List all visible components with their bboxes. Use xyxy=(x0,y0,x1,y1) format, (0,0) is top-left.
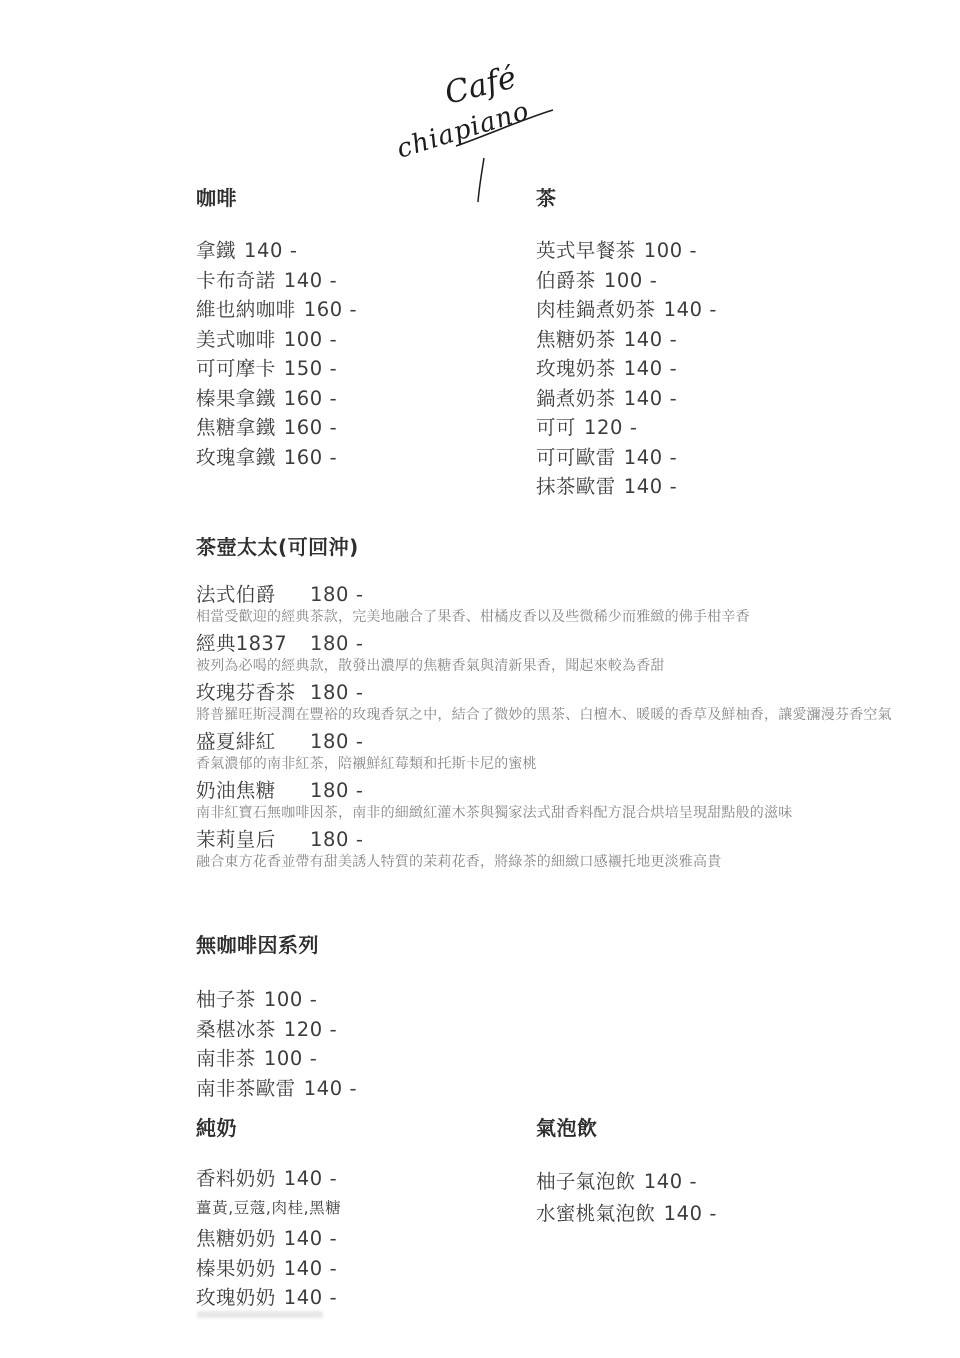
item-price: 180 - xyxy=(310,779,363,802)
list-item: 焦糖拿鐵160 - xyxy=(196,414,357,444)
item-price: 140 - xyxy=(284,1167,337,1190)
item-description: 將普羅旺斯浸潤在豐裕的玫瑰香氛之中，結合了微妙的黑茶、白檀木、暖暖的香草及鮮柚香… xyxy=(196,705,956,730)
list-item: 肉桂鍋煮奶茶140 - xyxy=(536,296,717,326)
item-name: 卡布奇諾 xyxy=(196,269,276,292)
item-name: 柚子茶 xyxy=(196,988,256,1011)
item-name: 柚子氣泡飲 xyxy=(536,1170,636,1193)
item-name: 奶油焦糖 xyxy=(196,779,296,802)
item-description: 融合東方花香並帶有甜美誘人特質的茉莉花香，將綠茶的細緻口感襯托地更淡雅高貴 xyxy=(196,852,956,877)
item-name: 肉桂鍋煮奶茶 xyxy=(536,298,655,321)
item-name: 玫瑰奶奶 xyxy=(196,1286,276,1309)
item-name: 鍋煮奶茶 xyxy=(536,387,616,410)
list-item: 奶油焦糖180 - 南非紅寶石無咖啡因茶，南非的細緻紅灌木茶與獨家法式甜香料配方… xyxy=(196,779,956,828)
list-item: 柚子氣泡飲140 - xyxy=(536,1168,717,1200)
list-item: 南非茶100 - xyxy=(196,1045,357,1075)
sparkling-list: 柚子氣泡飲140 - 水蜜桃氣泡飲140 - xyxy=(536,1168,717,1232)
item-price: 160 - xyxy=(284,387,337,410)
item-description: 香氣濃郁的南非紅茶，陪襯鮮紅莓類和托斯卡尼的蜜桃 xyxy=(196,754,956,779)
item-name: 拿鐵 xyxy=(196,239,236,262)
cropped-next-line-hint xyxy=(197,1311,323,1318)
section-decaf: 無咖啡因系列 柚子茶100 - 桑椹冰茶120 - 南非茶100 - 南非茶歐雷… xyxy=(196,933,357,1104)
item-name: 茉莉皇后 xyxy=(196,828,296,851)
item-price: 140 - xyxy=(624,387,677,410)
milk-list: 香料奶奶140 - 薑黃,豆蔻,肉桂,黑糖 焦糖奶奶140 - 榛果奶奶140 … xyxy=(196,1165,341,1314)
list-item: 英式早餐茶100 - xyxy=(536,237,717,267)
item-price: 160 - xyxy=(284,416,337,439)
item-name: 焦糖奶奶 xyxy=(196,1227,276,1250)
list-item: 香料奶奶140 - xyxy=(196,1165,341,1197)
item-name: 英式早餐茶 xyxy=(536,239,636,262)
section-title-coffee: 咖啡 xyxy=(196,186,357,211)
item-description: 被列為必喝的經典款，散發出濃厚的焦糖香氣與清新果香，聞起來較為香甜 xyxy=(196,656,956,681)
item-name: 榛果奶奶 xyxy=(196,1257,276,1280)
decaf-list: 柚子茶100 - 桑椹冰茶120 - 南非茶100 - 南非茶歐雷140 - xyxy=(196,986,357,1104)
item-name: 玫瑰芬香茶 xyxy=(196,681,296,704)
item-price: 140 - xyxy=(644,1170,697,1193)
item-price: 140 - xyxy=(624,357,677,380)
item-price: 120 - xyxy=(284,1018,337,1041)
section-title-teapot: 茶壺太太(可回沖) xyxy=(196,535,956,560)
item-price: 160 - xyxy=(284,446,337,469)
item-price: 140 - xyxy=(304,1077,357,1100)
logo-script-svg: Café chiapiano xyxy=(398,64,578,204)
coffee-list: 拿鐵140 - 卡布奇諾140 - 維也納咖啡160 - 美式咖啡100 - 可… xyxy=(196,237,357,473)
item-price: 180 - xyxy=(310,730,363,753)
list-item: 南非茶歐雷140 - xyxy=(196,1075,357,1105)
item-price: 180 - xyxy=(310,632,363,655)
list-item: 可可摩卡150 - xyxy=(196,355,357,385)
list-item: 榛果拿鐵160 - xyxy=(196,385,357,415)
item-name: 維也納咖啡 xyxy=(196,298,296,321)
list-item: 經典1837180 - 被列為必喝的經典款，散發出濃厚的焦糖香氣與清新果香，聞起… xyxy=(196,632,956,681)
list-item: 焦糖奶奶140 - xyxy=(196,1225,341,1255)
item-name: 抹茶歐雷 xyxy=(536,475,616,498)
list-item: 拿鐵140 - xyxy=(196,237,357,267)
list-item: 柚子茶100 - xyxy=(196,986,357,1016)
item-price: 180 - xyxy=(310,828,363,851)
section-coffee: 咖啡 拿鐵140 - 卡布奇諾140 - 維也納咖啡160 - 美式咖啡100 … xyxy=(196,186,357,473)
menu-page: Café chiapiano 咖啡 拿鐵140 - 卡布奇諾140 - 維也納咖… xyxy=(0,0,960,1358)
item-name: 香料奶奶 xyxy=(196,1167,276,1190)
item-name: 南非茶 xyxy=(196,1047,256,1070)
item-price: 180 - xyxy=(310,681,363,704)
list-item: 法式伯爵180 - 相當受歡迎的經典茶款，完美地融合了果香、柑橘皮香以及些微稀少… xyxy=(196,583,956,632)
list-item: 榛果奶奶140 - xyxy=(196,1255,341,1285)
tea-list: 英式早餐茶100 - 伯爵茶100 - 肉桂鍋煮奶茶140 - 焦糖奶茶140 … xyxy=(536,237,717,503)
item-price: 120 - xyxy=(584,416,637,439)
list-item: 美式咖啡100 - xyxy=(196,326,357,356)
item-name: 美式咖啡 xyxy=(196,328,276,351)
item-price: 180 - xyxy=(310,583,363,606)
item-name: 法式伯爵 xyxy=(196,583,296,606)
section-teapot: 茶壺太太(可回沖) 法式伯爵180 - 相當受歡迎的經典茶款，完美地融合了果香、… xyxy=(196,535,956,877)
item-price: 100 - xyxy=(284,328,337,351)
list-item: 水蜜桃氣泡飲140 - xyxy=(536,1200,717,1232)
item-price: 140 - xyxy=(244,239,297,262)
item-name: 榛果拿鐵 xyxy=(196,387,276,410)
section-title-sparkling: 氣泡飲 xyxy=(536,1116,717,1141)
item-name: 玫瑰拿鐵 xyxy=(196,446,276,469)
list-item: 可可120 - xyxy=(536,414,717,444)
item-price: 100 - xyxy=(264,1047,317,1070)
item-name: 可可 xyxy=(536,416,576,439)
cafe-logo: Café chiapiano xyxy=(398,64,578,204)
section-title-tea: 茶 xyxy=(536,186,717,211)
item-price: 160 - xyxy=(304,298,357,321)
item-name: 盛夏緋紅 xyxy=(196,730,296,753)
item-price: 140 - xyxy=(284,1286,337,1309)
list-item: 玫瑰拿鐵160 - xyxy=(196,444,357,474)
item-price: 100 - xyxy=(644,239,697,262)
item-name: 可可歐雷 xyxy=(536,446,616,469)
item-description: 相當受歡迎的經典茶款，完美地融合了果香、柑橘皮香以及些微稀少而雅緻的佛手柑辛香 xyxy=(196,607,956,632)
item-name: 玫瑰奶茶 xyxy=(536,357,616,380)
list-item: 焦糖奶茶140 - xyxy=(536,326,717,356)
item-price: 140 - xyxy=(284,1257,337,1280)
list-item: 玫瑰奶茶140 - xyxy=(536,355,717,385)
list-item: 伯爵茶100 - xyxy=(536,267,717,297)
item-price: 140 - xyxy=(664,298,717,321)
logo-descender-stroke xyxy=(478,158,484,202)
section-tea: 茶 英式早餐茶100 - 伯爵茶100 - 肉桂鍋煮奶茶140 - 焦糖奶茶14… xyxy=(536,186,717,503)
item-ingredients-note: 薑黃,豆蔻,肉桂,黑糖 xyxy=(196,1197,341,1225)
list-item: 盛夏緋紅180 - 香氣濃郁的南非紅茶，陪襯鮮紅莓類和托斯卡尼的蜜桃 xyxy=(196,730,956,779)
item-price: 140 - xyxy=(624,475,677,498)
item-name: 伯爵茶 xyxy=(536,269,596,292)
item-price: 150 - xyxy=(284,357,337,380)
item-name: 焦糖拿鐵 xyxy=(196,416,276,439)
item-name: 經典1837 xyxy=(196,632,296,655)
section-title-milk: 純奶 xyxy=(196,1116,341,1141)
item-price: 140 - xyxy=(284,269,337,292)
list-item: 茉莉皇后180 - 融合東方花香並帶有甜美誘人特質的茉莉花香，將綠茶的細緻口感襯… xyxy=(196,828,956,877)
list-item: 抹茶歐雷140 - xyxy=(536,473,717,503)
item-name: 水蜜桃氣泡飲 xyxy=(536,1202,655,1225)
list-item: 玫瑰芬香茶180 - 將普羅旺斯浸潤在豐裕的玫瑰香氛之中，結合了微妙的黑茶、白檀… xyxy=(196,681,956,730)
item-price: 140 - xyxy=(624,446,677,469)
item-name: 焦糖奶茶 xyxy=(536,328,616,351)
item-price: 140 - xyxy=(284,1227,337,1250)
item-price: 140 - xyxy=(664,1202,717,1225)
item-price: 100 - xyxy=(264,988,317,1011)
list-item: 卡布奇諾140 - xyxy=(196,267,357,297)
item-name: 桑椹冰茶 xyxy=(196,1018,276,1041)
teapot-list: 法式伯爵180 - 相當受歡迎的經典茶款，完美地融合了果香、柑橘皮香以及些微稀少… xyxy=(196,583,956,877)
section-milk: 純奶 香料奶奶140 - 薑黃,豆蔻,肉桂,黑糖 焦糖奶奶140 - 榛果奶奶1… xyxy=(196,1116,341,1314)
section-title-decaf: 無咖啡因系列 xyxy=(196,933,357,958)
item-description: 南非紅寶石無咖啡因茶，南非的細緻紅灌木茶與獨家法式甜香料配方混合烘培呈現甜點般的… xyxy=(196,803,956,828)
list-item: 鍋煮奶茶140 - xyxy=(536,385,717,415)
item-name: 可可摩卡 xyxy=(196,357,276,380)
item-name: 南非茶歐雷 xyxy=(196,1077,296,1100)
section-sparkling: 氣泡飲 柚子氣泡飲140 - 水蜜桃氣泡飲140 - xyxy=(536,1116,717,1232)
item-price: 100 - xyxy=(604,269,657,292)
list-item: 玫瑰奶奶140 - xyxy=(196,1284,341,1314)
list-item: 可可歐雷140 - xyxy=(536,444,717,474)
item-price: 140 - xyxy=(624,328,677,351)
list-item: 桑椹冰茶120 - xyxy=(196,1016,357,1046)
list-item: 維也納咖啡160 - xyxy=(196,296,357,326)
